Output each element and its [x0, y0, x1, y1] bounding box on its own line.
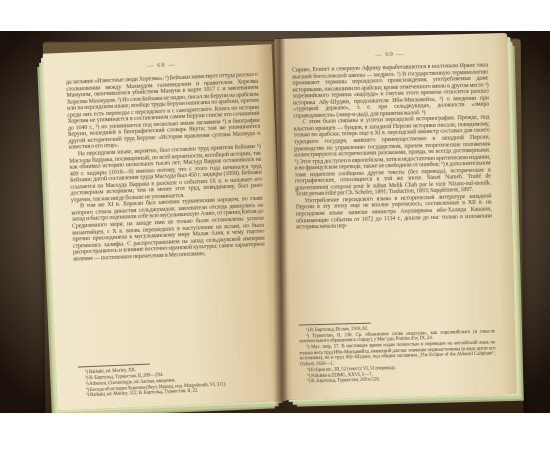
left-page-body: да заглавие «Известные люди Хорезма»; ¹)… — [66, 72, 266, 263]
paragraph: да заглавие «Известные люди Хорезма»; ¹)… — [66, 72, 261, 152]
screenshot: — 68 — да заглавие «Известные люди Хорез… — [0, 0, 550, 450]
spacer — [78, 354, 270, 362]
spacer — [299, 314, 495, 319]
left-page-number: — 68 — — [65, 58, 257, 73]
book-photograph: — 68 — да заглавие «Известные люди Хорез… — [0, 31, 550, 413]
right-footnote-rule — [299, 323, 371, 326]
paragraph: Сирию, Египет и северную Африку выработа… — [292, 62, 489, 119]
right-page-footnotes: ¹) В. Бартольд, Ислам, 1918, 82.²) Турке… — [299, 323, 496, 385]
left-page: — 68 — да заглавие «Известные люди Хорез… — [43, 44, 287, 410]
paragraph: С этим были связаны и успехи персидской … — [293, 115, 491, 199]
paragraph: В том же XI в. Хорасан был завоеван турк… — [71, 196, 265, 263]
open-book: — 68 — да заглавие «Известные люди Хорез… — [47, 36, 518, 411]
paragraph: На персидском языке, вероятно, был соста… — [69, 144, 263, 204]
left-footnote-rule — [78, 364, 150, 368]
right-page-number: — 69 — — [292, 49, 488, 61]
right-page-body: Сирию, Египет и северную Африку выработа… — [292, 62, 492, 231]
paragraph: Употребление персидского языка в историч… — [295, 193, 492, 231]
left-page-footnotes: ¹) Baihaki, ed. Morley, XII.²) В. Бартол… — [78, 363, 271, 400]
right-page: — 69 — Сирию, Египет и северную Африку в… — [274, 33, 516, 400]
right-page-content: — 69 — Сирию, Египет и северную Африку в… — [274, 33, 516, 400]
left-page-content: — 68 — да заглавие «Известные люди Хорез… — [43, 44, 287, 410]
